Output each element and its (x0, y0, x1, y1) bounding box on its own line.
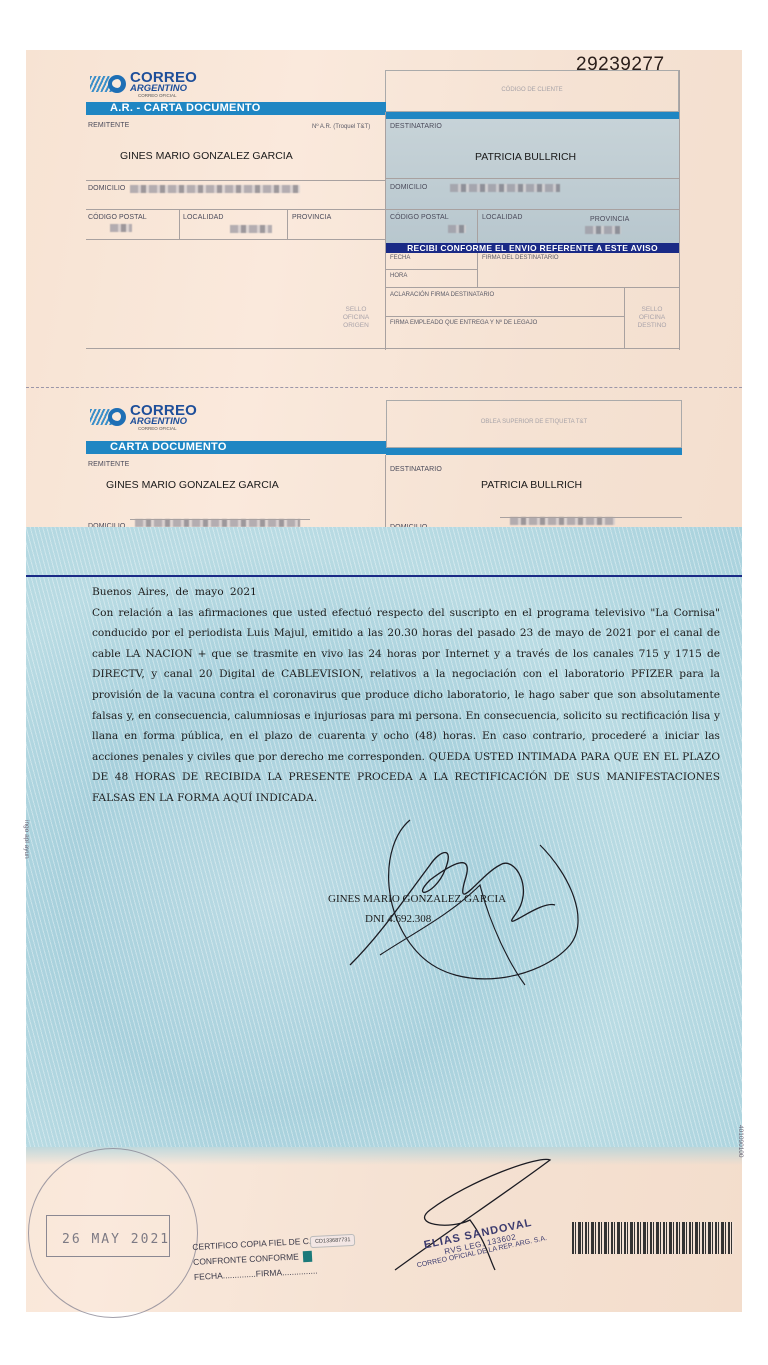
aclaracion-label: ACLARACIÓN FIRMA DESTINATARIO (390, 292, 494, 298)
cd-remitente-label: REMITENTE (88, 461, 129, 468)
oblea-label: OBLEA SUPERIOR DE ETIQUETA T&T (386, 418, 682, 426)
divider (477, 253, 478, 288)
firma-destinatario-label: FIRMA DEL DESTINATARIO (482, 255, 559, 261)
correo-argentino-logo-2: CORREO ARGENTINO CORREO OFICIAL (90, 403, 197, 431)
divider (477, 209, 478, 243)
left-margin-text: ingo apl ayun (23, 820, 30, 859)
divider (287, 209, 288, 239)
sello-destino: SELLO OFICINA DESTINO (630, 306, 674, 330)
redacted-address (130, 185, 300, 193)
dest-localidad-label: LOCALIDAD (482, 214, 523, 221)
perforation-line (26, 387, 742, 388)
dest-domicilio-label: DOMICILIO (390, 184, 427, 191)
redacted-localidad (230, 225, 272, 233)
right-margin-code: 401090100 (737, 1125, 744, 1158)
letter-top-border (26, 575, 742, 577)
signer-name: GINES MARIO GONZALEZ GARCIA (328, 893, 506, 905)
cd-title-band: CARTA DOCUMENTO (86, 441, 386, 454)
hora-label: HORA (390, 273, 407, 279)
ar-blue-line (385, 112, 679, 119)
divider (386, 316, 625, 317)
codigo-cliente-label: CÓDIGO DE CLIENTE (385, 86, 679, 94)
cd-blue-line (386, 448, 682, 455)
cd-remitente-name: GINES MARIO GONZALEZ GARCIA (106, 479, 279, 491)
cd-destinatario-label: DESTINATARIO (390, 466, 442, 473)
redacted-cp (448, 225, 466, 233)
sello-origen: SELLO OFICINA ORIGEN (334, 306, 378, 330)
ar-title-band: A.R. - CARTA DOCUMENTO (86, 102, 386, 115)
redacted-cp (110, 224, 132, 232)
redacted-address (450, 184, 560, 192)
cert-badge-icon (303, 1251, 313, 1262)
signer-dni: DNI 4.692.308 (365, 913, 431, 925)
cert-code: CD133687731 (310, 1234, 356, 1248)
divider (86, 239, 386, 240)
rem-provincia-label: PROVINCIA (292, 214, 331, 221)
divider (86, 348, 680, 349)
divider (386, 269, 478, 270)
logo-mark-icon (108, 408, 126, 426)
divider (679, 70, 680, 350)
divider (386, 287, 679, 288)
postmark-date: 26 MAY 2021 (62, 1232, 170, 1247)
letter-date: Buenos Aires, de mayo 2021 (92, 582, 720, 603)
redacted-provincia (585, 226, 621, 234)
dest-cp-label: CÓDIGO POSTAL (390, 214, 449, 221)
divider (624, 287, 625, 349)
correo-argentino-logo: CORREO ARGENTINO CORREO OFICIAL (90, 70, 197, 98)
letter-text: Con relación a las afirmaciones que uste… (92, 603, 720, 809)
recibi-conforme-band: RECIBI CONFORME EL ENVIO REFERENTE A EST… (386, 243, 679, 253)
divider (386, 178, 679, 179)
fecha-label: FECHA (390, 255, 410, 261)
redacted-address (510, 517, 615, 525)
letter-body: Buenos Aires, de mayo 2021 Con relación … (92, 582, 720, 809)
remitente-label: REMITENTE (88, 122, 129, 129)
divider (86, 180, 386, 181)
cd-destinatario-name: PATRICIA BULLRICH (481, 479, 582, 491)
firma-empleado-label: FIRMA EMPLEADO QUE ENTREGA Y Nº DE LEGAJ… (390, 320, 537, 326)
nar-label: Nº A.R. (Troquel T&T) (312, 124, 370, 130)
divider (386, 209, 679, 210)
divider (385, 112, 386, 350)
rem-domicilio-label: DOMICILIO (88, 185, 125, 192)
brand-tag: CORREO OFICIAL (138, 94, 197, 99)
divider (86, 209, 386, 210)
divider (130, 519, 310, 520)
barcode (572, 1222, 734, 1254)
destinatario-name: PATRICIA BULLRICH (475, 151, 576, 163)
destinatario-box (386, 119, 679, 243)
divider (179, 209, 180, 239)
divider (500, 517, 682, 518)
rem-cp-label: CÓDIGO POSTAL (88, 214, 147, 221)
remitente-name: GINES MARIO GONZALEZ GARCIA (120, 150, 293, 162)
dest-provincia-label: PROVINCIA (590, 216, 629, 223)
brand-tag: CORREO OFICIAL (138, 427, 197, 432)
rem-localidad-label: LOCALIDAD (183, 214, 224, 221)
destinatario-label: DESTINATARIO (390, 123, 442, 130)
redacted-address (135, 519, 300, 527)
logo-mark-icon (108, 75, 126, 93)
